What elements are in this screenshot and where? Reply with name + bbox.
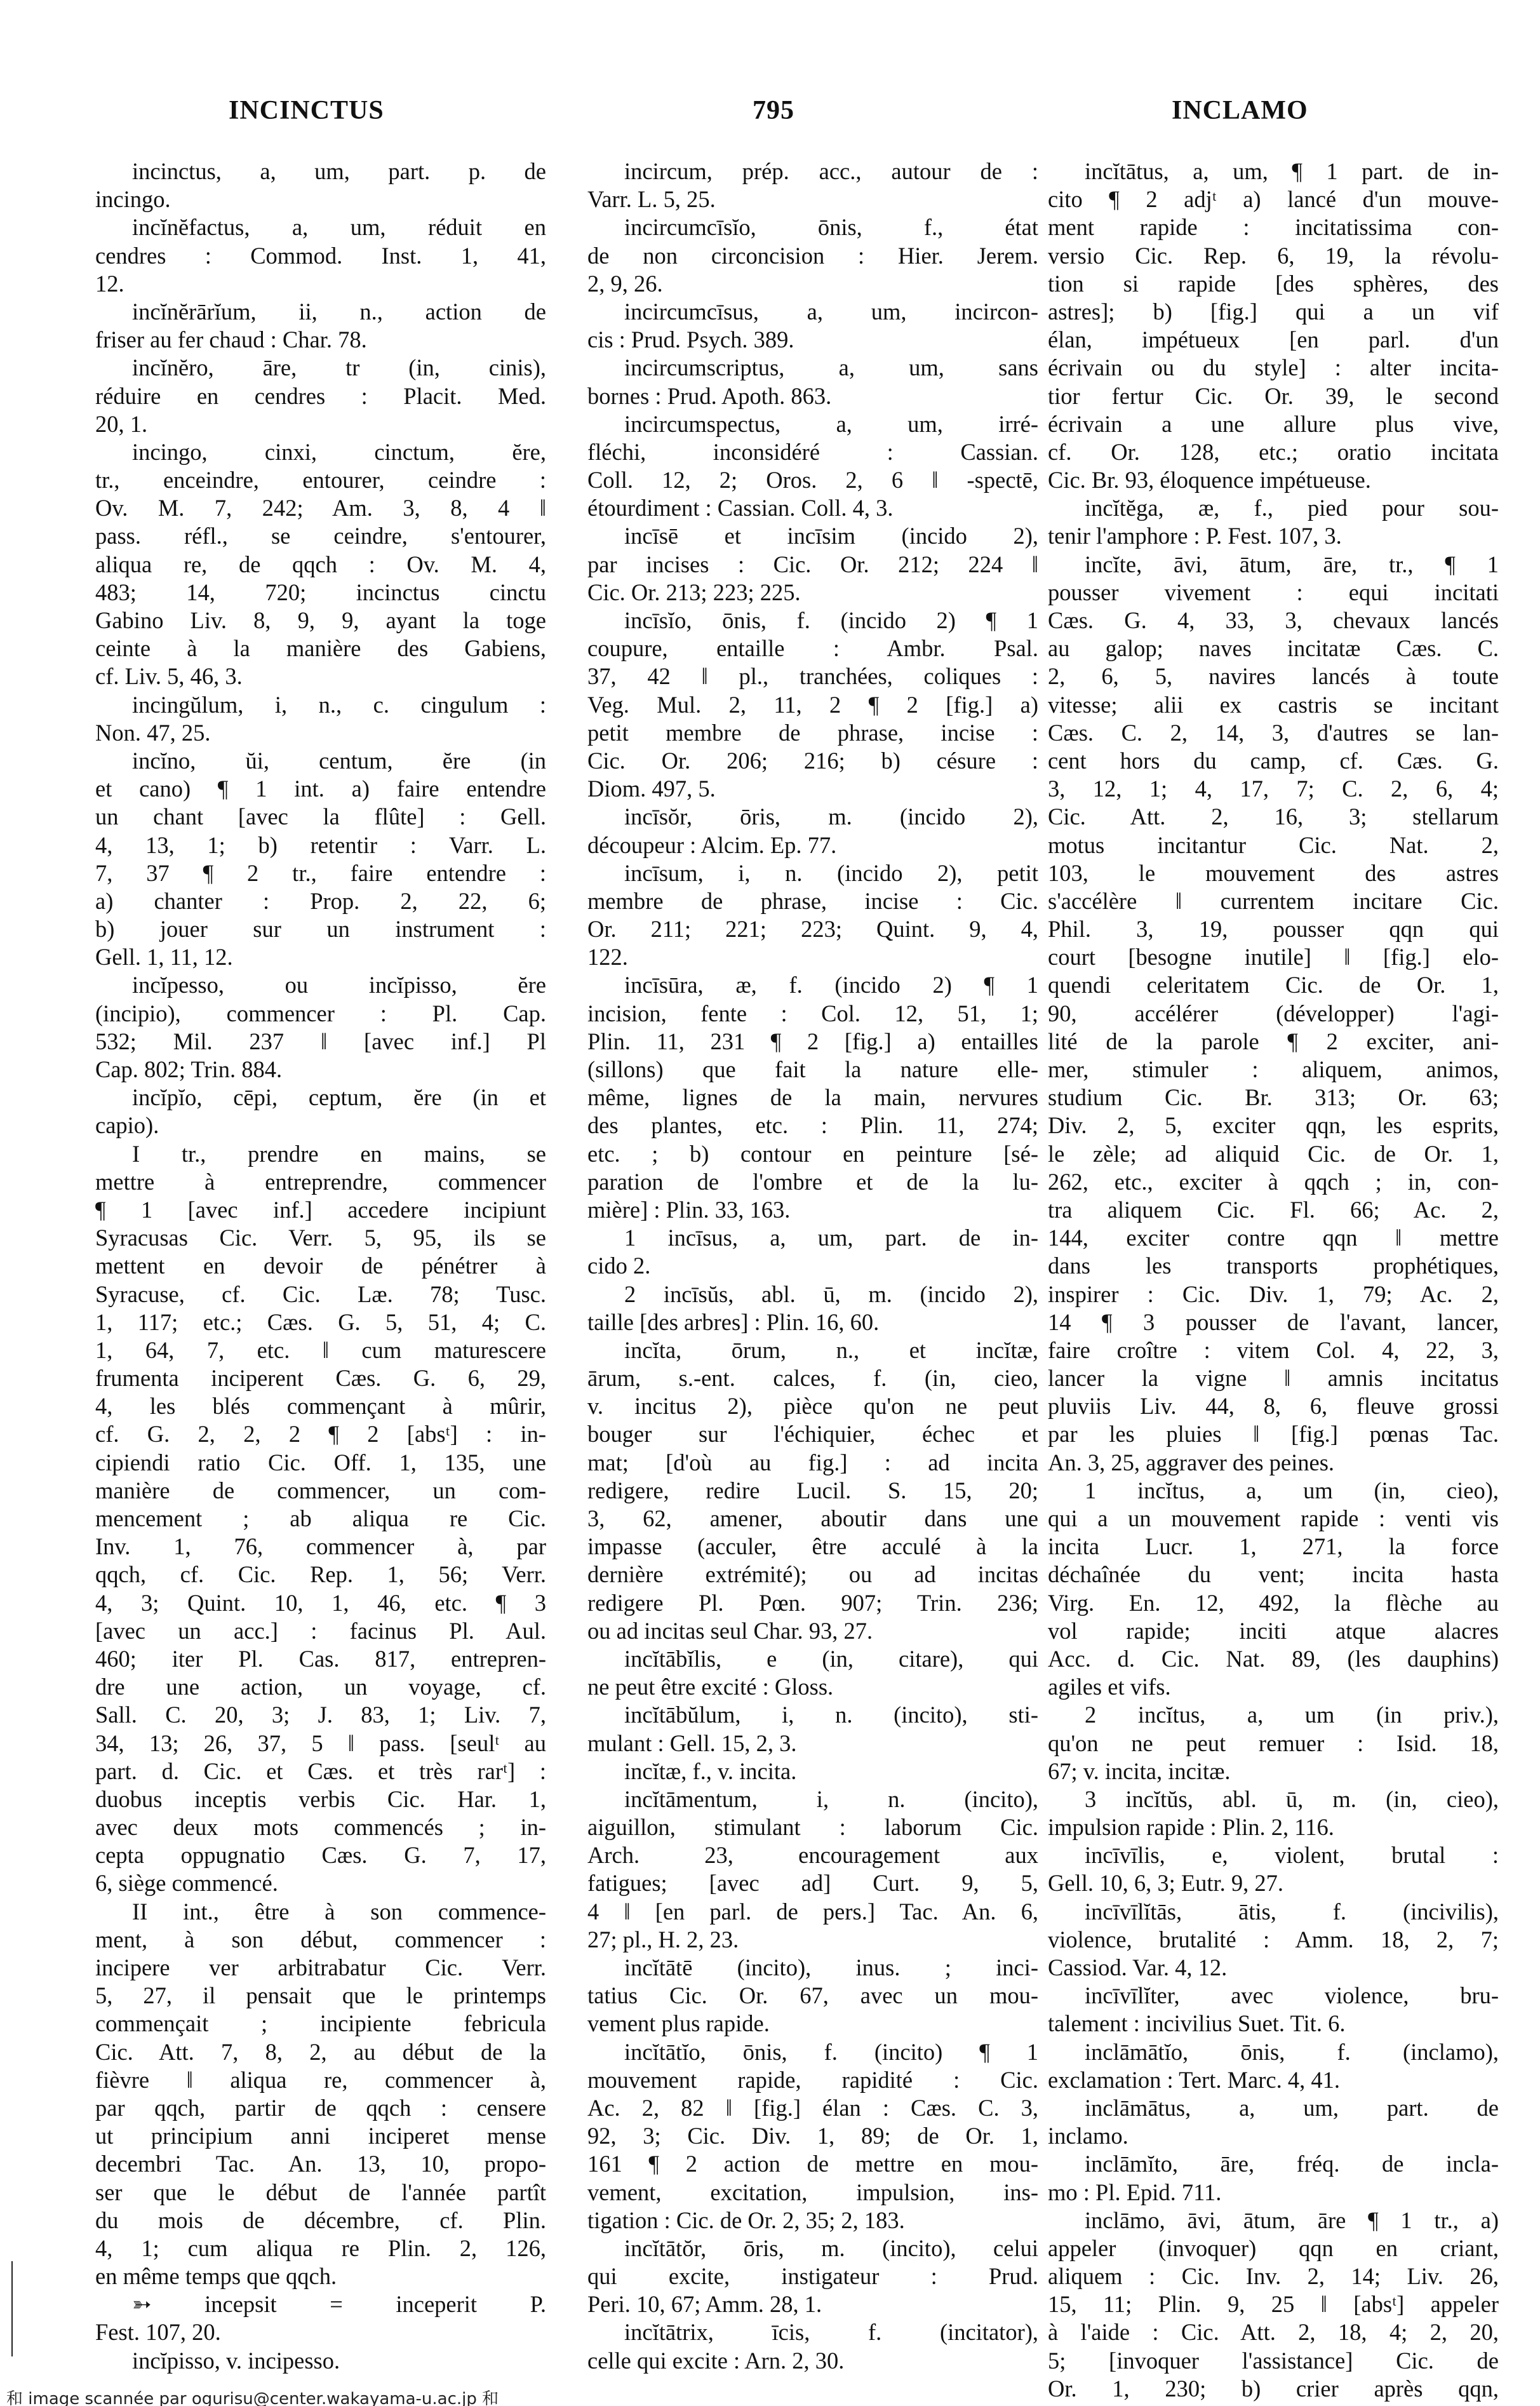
- left-guideword: INCINCTUS: [229, 95, 384, 126]
- entry-text-line: au galop; naves incitatæ Cæs. C.: [1048, 635, 1499, 662]
- entry-text-line: qui excite, instigateur : Prud.: [587, 2262, 1038, 2290]
- entry-text-line: Veg. Mul. 2, 11, 2 ¶ 2 [fig.] a): [587, 691, 1038, 719]
- entry-text-line: 4, les blés commençant à mûrir,: [95, 1392, 546, 1420]
- entry-text-line: tatius Cic. Or. 67, avec un mou-: [587, 1982, 1038, 2010]
- entry-text-line: paration de l'ombre et de la lu-: [587, 1168, 1038, 1196]
- entry-text-line: Div. 2, 5, exciter qqn, les esprits,: [1048, 1112, 1499, 1139]
- entry-text-line: 4, 3; Quint. 10, 1, 46, etc. ¶ 3: [95, 1589, 546, 1617]
- entry-headword-line: incircumspectus, a, um, irré-: [587, 410, 1038, 438]
- entry-text-line: 5, 27, il pensait que le printemps: [95, 1982, 546, 2010]
- entry-text-line: et cano) ¶ 1 int. a) faire entendre: [95, 775, 546, 803]
- column-2: incircum, prép. acc., autour de :Varr. L…: [587, 158, 1038, 2375]
- entry-headword-line: incĭtātus, a, um, ¶ 1 part. de in-: [1048, 158, 1499, 185]
- entry-headword-line: incĭtātŏr, ōris, m. (incito), celui: [587, 2235, 1038, 2262]
- entry-text-line: cendres : Commod. Inst. 1, 41,: [95, 242, 546, 270]
- entry-headword-line: 1 incĭtus, a, um (in, cieo),: [1048, 1477, 1499, 1505]
- entry-text-line: Or. 211; 221; 223; Quint. 9, 4,: [587, 915, 1038, 943]
- entry-text-line: incipere ver arbitrabatur Cic. Verr.: [95, 1954, 546, 1982]
- entry-headword-line: incĭta, ōrum, n., et incĭtæ,: [587, 1336, 1038, 1364]
- entry-text-line: en même temps que qqch.: [95, 2262, 546, 2290]
- entry-text-line: decembri Tac. An. 13, 10, propo-: [95, 2150, 546, 2178]
- entry-text-line: cf. G. 2, 2, 2 ¶ 2 [absᵗ] : in-: [95, 1420, 546, 1448]
- entry-text-line: Fest. 107, 20.: [95, 2318, 546, 2346]
- entry-text-line: Ov. M. 7, 242; Am. 3, 8, 4 ‖: [95, 494, 546, 522]
- entry-text-line: mer, stimuler : aliquem, animos,: [1048, 1056, 1499, 1084]
- entry-text-line: incision, fente : Col. 12, 51, 1;: [587, 1000, 1038, 1028]
- entry-text-line: réduire en cendres : Placit. Med.: [95, 382, 546, 410]
- entry-text-line: découpeur : Alcim. Ep. 77.: [587, 831, 1038, 859]
- entry-text-line: 27; pl., H. 2, 23.: [587, 1926, 1038, 1954]
- entry-text-line: Ac. 2, 82 ‖ [fig.] élan : Cæs. C. 3,: [587, 2094, 1038, 2122]
- entry-text-line: par qqch, partir de qqch : censere: [95, 2094, 546, 2122]
- entry-text-line: court [besogne inutile] ‖ [fig.] elo-: [1048, 943, 1499, 971]
- entry-text-line: Arch. 23, encouragement aux: [587, 1841, 1038, 1869]
- entry-text-line: mière] : Plin. 33, 163.: [587, 1196, 1038, 1224]
- entry-text-line: friser au fer chaud : Char. 78.: [95, 326, 546, 354]
- entry-text-line: appeler (invoquer) qqn en criant,: [1048, 2235, 1499, 2262]
- entry-text-line: 483; 14, 720; incinctus cinctu: [95, 579, 546, 607]
- entry-text-line: Or. 1, 230; b) crier après qqn,: [1048, 2375, 1499, 2403]
- entry-text-line: fièvre ‖ aliqua re, commencer à,: [95, 2066, 546, 2094]
- entry-text-line: Cic. Or. 206; 216; b) césure :: [587, 747, 1038, 775]
- entry-headword-line: incīvīlĭtās, ātis, f. (incivilis),: [1048, 1898, 1499, 1926]
- entry-text-line: Cæs. C. 2, 14, 3, d'autres se lan-: [1048, 719, 1499, 747]
- entry-text-line: part. d. Cic. et Cæs. et très rarᵗ] :: [95, 1757, 546, 1785]
- entry-text-line: manière de commencer, un com-: [95, 1477, 546, 1505]
- entry-text-line: à l'aide : Cic. Att. 2, 18, 4; 2, 20,: [1048, 2318, 1499, 2346]
- entry-text-line: Cic. Or. 213; 223; 225.: [587, 579, 1038, 607]
- entry-text-line: ¶ 1 [avec inf.] accedere incipiunt: [95, 1196, 546, 1224]
- entry-text-line: 3, 12, 1; 4, 17, 7; C. 2, 6, 4;: [1048, 775, 1499, 803]
- entry-text-line: (sillons) que fait la nature elle-: [587, 1056, 1038, 1084]
- entry-headword-line: incĭnĕfactus, a, um, réduit en: [95, 213, 546, 241]
- entry-text-line: 532; Mil. 237 ‖ [avec inf.] Pl: [95, 1028, 546, 1056]
- entry-text-line: pousser vivement : equi incitati: [1048, 579, 1499, 607]
- entry-text-line: 4, 13, 1; b) retentir : Varr. L.: [95, 831, 546, 859]
- column-3: incĭtātus, a, um, ¶ 1 part. de in-cito ¶…: [1048, 158, 1499, 2403]
- entry-text-line: mencement ; ab aliqua re Cic.: [95, 1505, 546, 1533]
- entry-text-line: ne peut être excité : Gloss.: [587, 1673, 1038, 1701]
- entry-text-line: petit membre de phrase, incise :: [587, 719, 1038, 747]
- entry-text-line: 460; iter Pl. Cas. 817, entrepren-: [95, 1645, 546, 1673]
- entry-headword-line: incīsē et incīsim (incido 2),: [587, 522, 1038, 550]
- entry-text-line: Cic. Att. 2, 16, 3; stellarum: [1048, 803, 1499, 831]
- entry-text-line: 90, accélérer (développer) l'agi-: [1048, 1000, 1499, 1028]
- entry-text-line: 4, 1; cum aliqua re Plin. 2, 126,: [95, 2235, 546, 2262]
- entry-headword-line: incīvīlis, e, violent, brutal :: [1048, 1841, 1499, 1869]
- entry-text-line: commençait ; incipiente febricula: [95, 2010, 546, 2038]
- entry-text-line: celle qui excite : Arn. 2, 30.: [587, 2347, 1038, 2375]
- entry-text-line: talement : incivilius Suet. Tit. 6.: [1048, 2010, 1499, 2038]
- entry-text-line: qqch, cf. Cic. Rep. 1, 56; Verr.: [95, 1561, 546, 1589]
- entry-headword-line: I tr., prendre en mains, se: [95, 1140, 546, 1168]
- entry-text-line: ment, à son début, commencer :: [95, 1926, 546, 1954]
- entry-text-line: faire croître : vitem Col. 4, 22, 3,: [1048, 1336, 1499, 1364]
- entry-headword-line: incĭpisso, v. incipesso.: [95, 2347, 546, 2375]
- entry-text-line: mettent en devoir de pénétrer à: [95, 1252, 546, 1280]
- entry-headword-line: incĭnĕrārĭum, ii, n., action de: [95, 298, 546, 326]
- entry-text-line: ceinte à la manière des Gabiens,: [95, 635, 546, 662]
- entry-text-line: agiles et vifs.: [1048, 1673, 1499, 1701]
- entry-text-line: dans les transports prophétiques,: [1048, 1252, 1499, 1280]
- entry-text-line: astres]; b) [fig.] qui a un vif: [1048, 298, 1499, 326]
- entry-text-line: 5; [invoquer l'assistance] Cic. de: [1048, 2347, 1499, 2375]
- entry-headword-line: 2 incĭtus, a, um (in priv.),: [1048, 1701, 1499, 1729]
- entry-headword-line: incīsum, i, n. (incido 2), petit: [587, 859, 1038, 887]
- entry-headword-line: 1 incīsus, a, um, part. de in-: [587, 1224, 1038, 1252]
- entry-text-line: Inv. 1, 76, commencer à, par: [95, 1533, 546, 1561]
- entry-text-line: 92, 3; Cic. Div. 1, 89; de Or. 1,: [587, 2122, 1038, 2150]
- entry-text-line: Gell. 10, 6, 3; Eutr. 9, 27.: [1048, 1869, 1499, 1897]
- entry-text-line: 262, etc., exciter à qqch ; in, con-: [1048, 1168, 1499, 1196]
- entry-text-line: 14 ¶ 3 pousser de l'avant, lancer,: [1048, 1308, 1499, 1336]
- entry-text-line: dre une action, un voyage, cf.: [95, 1673, 546, 1701]
- entry-text-line: [avec un acc.] : facinus Pl. Aul.: [95, 1617, 546, 1645]
- entry-text-line: aliqua re, de qqch : Ov. M. 4,: [95, 551, 546, 579]
- entry-text-line: lité de la parole ¶ 2 exciter, ani-: [1048, 1028, 1499, 1056]
- entry-headword-line: incĭnĕro, āre, tr (in, cinis),: [95, 354, 546, 382]
- entry-text-line: impasse (acculer, être acculé à la: [587, 1533, 1038, 1561]
- entry-text-line: Syracusas Cic. Verr. 5, 95, ils se: [95, 1224, 546, 1252]
- entry-text-line: Cap. 802; Trin. 884.: [95, 1056, 546, 1084]
- entry-text-line: cis : Prud. Psych. 389.: [587, 326, 1038, 354]
- entry-text-line: vitesse; alii ex castris se incitant: [1048, 691, 1499, 719]
- entry-text-line: An. 3, 25, aggraver des peines.: [1048, 1449, 1499, 1477]
- entry-text-line: mo : Pl. Epid. 711.: [1048, 2179, 1499, 2207]
- entry-text-line: élan, impétueux [en parl. d'un: [1048, 326, 1499, 354]
- entry-headword-line: incĭtābĭlis, e (in, citare), qui: [587, 1645, 1038, 1673]
- entry-text-line: incingo.: [95, 185, 546, 213]
- entry-text-line: même, lignes de la main, nervures: [587, 1084, 1038, 1112]
- entry-text-line: 2, 6, 5, navires lancés à toute: [1048, 662, 1499, 690]
- entry-text-line: 1, 64, 7, etc. ‖ cum maturescere: [95, 1336, 546, 1364]
- entry-text-line: capio).: [95, 1112, 546, 1139]
- entry-text-line: Gell. 1, 11, 12.: [95, 943, 546, 971]
- entry-text-line: Sall. C. 20, 3; J. 83, 1; Liv. 7,: [95, 1701, 546, 1729]
- entry-text-line: cf. Or. 128, etc.; oratio incitata: [1048, 438, 1499, 466]
- entry-text-line: bouger sur l'échiquier, échec et: [587, 1420, 1038, 1448]
- entry-headword-line: incĭpesso, ou incĭpisso, ĕre: [95, 971, 546, 999]
- scan-credit-footer: 和 image scannée par ogurisu@center.wakay…: [6, 2386, 499, 2406]
- entry-text-line: exclamation : Tert. Marc. 4, 41.: [1048, 2066, 1499, 2094]
- entry-text-line: Virg. En. 12, 492, la flèche au: [1048, 1589, 1499, 1617]
- entry-text-line: incita Lucr. 1, 271, la force: [1048, 1533, 1499, 1561]
- entry-text-line: 3, 62, amener, aboutir dans une: [587, 1505, 1038, 1533]
- entry-headword-line: II int., être à son commence-: [95, 1898, 546, 1926]
- entry-text-line: tion si rapide [des sphères, des: [1048, 270, 1499, 298]
- entry-text-line: pluviis Liv. 44, 8, 6, fleuve grossi: [1048, 1392, 1499, 1420]
- entry-text-line: aliquem : Cic. Inv. 2, 14; Liv. 26,: [1048, 2262, 1499, 2290]
- entry-text-line: Cic. Br. 93, éloquence impétueuse.: [1048, 466, 1499, 494]
- entry-headword-line: incingo, cinxi, cinctum, ĕre,: [95, 438, 546, 466]
- entry-text-line: Plin. 11, 231 ¶ 2 [fig.] a) entailles: [587, 1028, 1038, 1056]
- entry-text-line: bornes : Prud. Apoth. 863.: [587, 382, 1038, 410]
- entry-text-line: ment rapide : incitatissima con-: [1048, 213, 1499, 241]
- entry-headword-line: inclāmo, āvi, ātum, āre ¶ 1 tr., a): [1048, 2207, 1499, 2235]
- entry-text-line: le zèle; ad aliquid Cic. de Or. 1,: [1048, 1140, 1499, 1168]
- entry-text-line: qu'on ne peut remuer : Isid. 18,: [1048, 1730, 1499, 1757]
- entry-headword-line: incīsūra, æ, f. (incido 2) ¶ 1: [587, 971, 1038, 999]
- entry-text-line: motus incitantur Cic. Nat. 2,: [1048, 831, 1499, 859]
- entry-text-line: 161 ¶ 2 action de mettre en mou-: [587, 2150, 1038, 2178]
- entry-text-line: tior fertur Cic. Or. 39, le second: [1048, 382, 1499, 410]
- entry-text-line: cepta oppugnatio Cæs. G. 7, 17,: [95, 1841, 546, 1869]
- entry-text-line: 12.: [95, 270, 546, 298]
- entry-text-line: mettre à entreprendre, commencer: [95, 1168, 546, 1196]
- page-number: 795: [753, 95, 794, 126]
- entry-text-line: écrivain ou du style] : alter incita-: [1048, 354, 1499, 382]
- entry-text-line: redigere, redire Lucil. S. 15, 20;: [587, 1477, 1038, 1505]
- entry-headword-line: 2 incīsŭs, abl. ū, m. (incido 2),: [587, 1280, 1038, 1308]
- entry-headword-line: incĭtāmentum, i, n. (incito),: [587, 1785, 1038, 1813]
- entry-text-line: studium Cic. Br. 313; Or. 63;: [1048, 1084, 1499, 1112]
- entry-text-line: par les pluies ‖ [fig.] pœnas Tac.: [1048, 1420, 1499, 1448]
- entry-text-line: Cic. Att. 7, 8, 2, au début de la: [95, 2038, 546, 2066]
- entry-text-line: pass. réfl., se ceindre, s'entourer,: [95, 522, 546, 550]
- entry-text-line: 37, 42 ‖ pl., tranchées, coliques :: [587, 662, 1038, 690]
- entry-text-line: 103, le mouvement des astres: [1048, 859, 1499, 887]
- entry-text-line: vement plus rapide.: [587, 2010, 1038, 2038]
- entry-text-line: fléchi, inconsidéré : Cassian.: [587, 438, 1038, 466]
- entry-text-line: Peri. 10, 67; Amm. 28, 1.: [587, 2290, 1038, 2318]
- entry-text-line: cipiendi ratio Cic. Off. 1, 135, une: [95, 1449, 546, 1477]
- entry-headword-line: incĭtātrix, īcis, f. (incitator),: [587, 2318, 1038, 2346]
- entry-text-line: déchaînée du vent; incita hasta: [1048, 1561, 1499, 1589]
- entry-text-line: vol rapide; inciti atque alacres: [1048, 1617, 1499, 1645]
- entry-headword-line: incircumscriptus, a, um, sans: [587, 354, 1038, 382]
- entry-text-line: cf. Liv. 5, 46, 3.: [95, 662, 546, 690]
- entry-headword-line: incinctus, a, um, part. p. de: [95, 158, 546, 185]
- entry-text-line: Non. 47, 25.: [95, 719, 546, 747]
- entry-text-line: a) chanter : Prop. 2, 22, 6;: [95, 887, 546, 915]
- entry-text-line: qui a un mouvement rapide : venti vis: [1048, 1505, 1499, 1533]
- entry-text-line: mulant : Gell. 15, 2, 3.: [587, 1730, 1038, 1757]
- entry-headword-line: incĭte, āvi, ātum, āre, tr., ¶ 1: [1048, 551, 1499, 579]
- entry-text-line: Varr. L. 5, 25.: [587, 185, 1038, 213]
- entry-headword-line: incīsĭo, ōnis, f. (incido 2) ¶ 1: [587, 607, 1038, 635]
- entry-text-line: vement, excitation, impulsion, ins-: [587, 2179, 1038, 2207]
- entry-headword-line: inclāmĭto, āre, fréq. de incla-: [1048, 2150, 1499, 2178]
- entry-text-line: Cæs. G. 4, 33, 3, chevaux lancés: [1048, 607, 1499, 635]
- entry-text-line: coupure, entaille : Ambr. Psal.: [587, 635, 1038, 662]
- entry-text-line: dernière extrémité); ou ad incitas: [587, 1561, 1038, 1589]
- entry-text-line: Acc. d. Cic. Nat. 89, (les dauphins): [1048, 1645, 1499, 1673]
- entry-text-line: etc. ; b) contour en peinture [sé-: [587, 1140, 1038, 1168]
- entry-text-line: du mois de décembre, cf. Plin.: [95, 2207, 546, 2235]
- entry-headword-line: incĭpĭo, cēpi, ceptum, ĕre (in et: [95, 1084, 546, 1112]
- entry-headword-line: ➳ incepsit = inceperit P.: [95, 2290, 546, 2318]
- entry-text-line: 34, 13; 26, 37, 5 ‖ pass. [seulᵗ au: [95, 1730, 546, 1757]
- entry-text-line: frumenta inciperent Cæs. G. 6, 29,: [95, 1364, 546, 1392]
- entry-text-line: mat; [d'où au fig.] : ad incita: [587, 1449, 1038, 1477]
- entry-text-line: cito ¶ 2 adjᵗ a) lancé d'un mouve-: [1048, 185, 1499, 213]
- entry-headword-line: incĭtātĭo, ōnis, f. (incito) ¶ 1: [587, 2038, 1038, 2066]
- entry-text-line: inclamo.: [1048, 2122, 1499, 2150]
- entry-text-line: 20, 1.: [95, 410, 546, 438]
- entry-text-line: ser que le début de l'année partît: [95, 2179, 546, 2207]
- entry-text-line: Diom. 497, 5.: [587, 775, 1038, 803]
- entry-headword-line: incircumcīsus, a, um, incircon-: [587, 298, 1038, 326]
- entry-text-line: 6, siège commencé.: [95, 1869, 546, 1897]
- entry-text-line: ou ad incitas seul Char. 93, 27.: [587, 1617, 1038, 1645]
- entry-text-line: Coll. 12, 2; Oros. 2, 6 ‖ -spectē,: [587, 466, 1038, 494]
- entry-headword-line: inclāmātus, a, um, part. de: [1048, 2094, 1499, 2122]
- entry-text-line: b) jouer sur un instrument :: [95, 915, 546, 943]
- entry-text-line: ārum, s.-ent. calces, f. (in, cieo,: [587, 1364, 1038, 1392]
- entry-text-line: s'accélère ‖ currentem incitare Cic.: [1048, 887, 1499, 915]
- entry-headword-line: incircum, prép. acc., autour de :: [587, 158, 1038, 185]
- entry-text-line: 7, 37 ¶ 2 tr., faire entendre :: [95, 859, 546, 887]
- entry-text-line: 4 ‖ [en parl. de pers.] Tac. An. 6,: [587, 1898, 1038, 1926]
- entry-text-line: Gabino Liv. 8, 9, 9, ayant la toge: [95, 607, 546, 635]
- entry-text-line: 2, 9, 26.: [587, 270, 1038, 298]
- column-1: incinctus, a, um, part. p. deincingo.inc…: [95, 158, 546, 2375]
- entry-headword-line: incĭtātē (incito), inus. ; inci-: [587, 1954, 1038, 1982]
- entry-text-line: 122.: [587, 943, 1038, 971]
- entry-text-line: par incises : Cic. Or. 212; 224 ‖: [587, 551, 1038, 579]
- entry-text-line: 144, exciter contre qqn ‖ mettre: [1048, 1224, 1499, 1252]
- entry-text-line: lancer la vigne ‖ amnis incitatus: [1048, 1364, 1499, 1392]
- entry-headword-line: incĭtĕga, æ, f., pied pour sou-: [1048, 494, 1499, 522]
- entry-text-line: des plantes, etc. : Plin. 11, 274;: [587, 1112, 1038, 1139]
- entry-headword-line: incīvīlĭter, avec violence, bru-: [1048, 1982, 1499, 2010]
- entry-text-line: 15, 11; Plin. 9, 25 ‖ [absᵗ] appeler: [1048, 2290, 1499, 2318]
- entry-text-line: Phil. 3, 19, pousser qqn qui: [1048, 915, 1499, 943]
- entry-headword-line: incingŭlum, i, n., c. cingulum :: [95, 691, 546, 719]
- entry-text-line: étourdiment : Cassian. Coll. 4, 3.: [587, 494, 1038, 522]
- entry-text-line: 67; v. incita, incitæ.: [1048, 1757, 1499, 1785]
- entry-text-line: mouvement rapide, rapidité : Cic.: [587, 2066, 1038, 2094]
- entry-headword-line: 3 incĭtŭs, abl. ū, m. (in, cieo),: [1048, 1785, 1499, 1813]
- entry-text-line: écrivain a une allure plus vive,: [1048, 410, 1499, 438]
- entry-text-line: membre de phrase, incise : Cic.: [587, 887, 1038, 915]
- entry-text-line: tra aliquem Cic. Fl. 66; Ac. 2,: [1048, 1196, 1499, 1224]
- entry-text-line: ut principium anni inciperet mense: [95, 2122, 546, 2150]
- entry-text-line: inspirer : Cic. Div. 1, 79; Ac. 2,: [1048, 1280, 1499, 1308]
- right-guideword: INCLAMO: [1172, 95, 1308, 126]
- entry-headword-line: incĭno, ŭi, centum, ĕre (in: [95, 747, 546, 775]
- entry-text-line: tenir l'amphore : P. Fest. 107, 3.: [1048, 522, 1499, 550]
- entry-text-line: quendi celeritatem Cic. de Or. 1,: [1048, 971, 1499, 999]
- entry-text-line: tr., enceindre, entourer, ceindre :: [95, 466, 546, 494]
- entry-text-line: 1, 117; etc.; Cæs. G. 5, 51, 4; C.: [95, 1308, 546, 1336]
- entry-text-line: tigation : Cic. de Or. 2, 35; 2, 183.: [587, 2207, 1038, 2235]
- entry-headword-line: incĭtæ, f., v. incita.: [587, 1757, 1038, 1785]
- entry-headword-line: incīsŏr, ōris, m. (incido 2),: [587, 803, 1038, 831]
- entry-text-line: aiguillon, stimulant : laborum Cic.: [587, 1813, 1038, 1841]
- entry-text-line: v. incitus 2), pièce qu'on ne peut: [587, 1392, 1038, 1420]
- entry-text-line: Cassiod. Var. 4, 12.: [1048, 1954, 1499, 1982]
- entry-text-line: taille [des arbres] : Plin. 16, 60.: [587, 1308, 1038, 1336]
- entry-headword-line: incircumcīsĭo, ōnis, f., état: [587, 213, 1038, 241]
- entry-text-line: redigere Pl. Pœn. 907; Trin. 236;: [587, 1589, 1038, 1617]
- entry-text-line: de non circoncision : Hier. Jerem.: [587, 242, 1038, 270]
- margin-rule: [11, 2261, 13, 2356]
- entry-text-line: versio Cic. Rep. 6, 19, la révolu-: [1048, 242, 1499, 270]
- entry-text-line: cent hors du camp, cf. Cæs. G.: [1048, 747, 1499, 775]
- entry-text-line: cido 2.: [587, 1252, 1038, 1280]
- entry-text-line: un chant [avec la flûte] : Gell.: [95, 803, 546, 831]
- entry-text-line: violence, brutalité : Amm. 18, 2, 7;: [1048, 1926, 1499, 1954]
- entry-text-line: Syracuse, cf. Cic. Læ. 78; Tusc.: [95, 1280, 546, 1308]
- entry-headword-line: incĭtābŭlum, i, n. (incito), sti-: [587, 1701, 1038, 1729]
- entry-headword-line: inclāmātĭo, ōnis, f. (inclamo),: [1048, 2038, 1499, 2066]
- entry-text-line: avec deux mots commencés ; in-: [95, 1813, 546, 1841]
- entry-text-line: duobus inceptis verbis Cic. Har. 1,: [95, 1785, 546, 1813]
- entry-text-line: impulsion rapide : Plin. 2, 116.: [1048, 1813, 1499, 1841]
- entry-text-line: (incipio), commencer : Pl. Cap.: [95, 1000, 546, 1028]
- entry-text-line: fatigues; [avec ad] Curt. 9, 5,: [587, 1869, 1038, 1897]
